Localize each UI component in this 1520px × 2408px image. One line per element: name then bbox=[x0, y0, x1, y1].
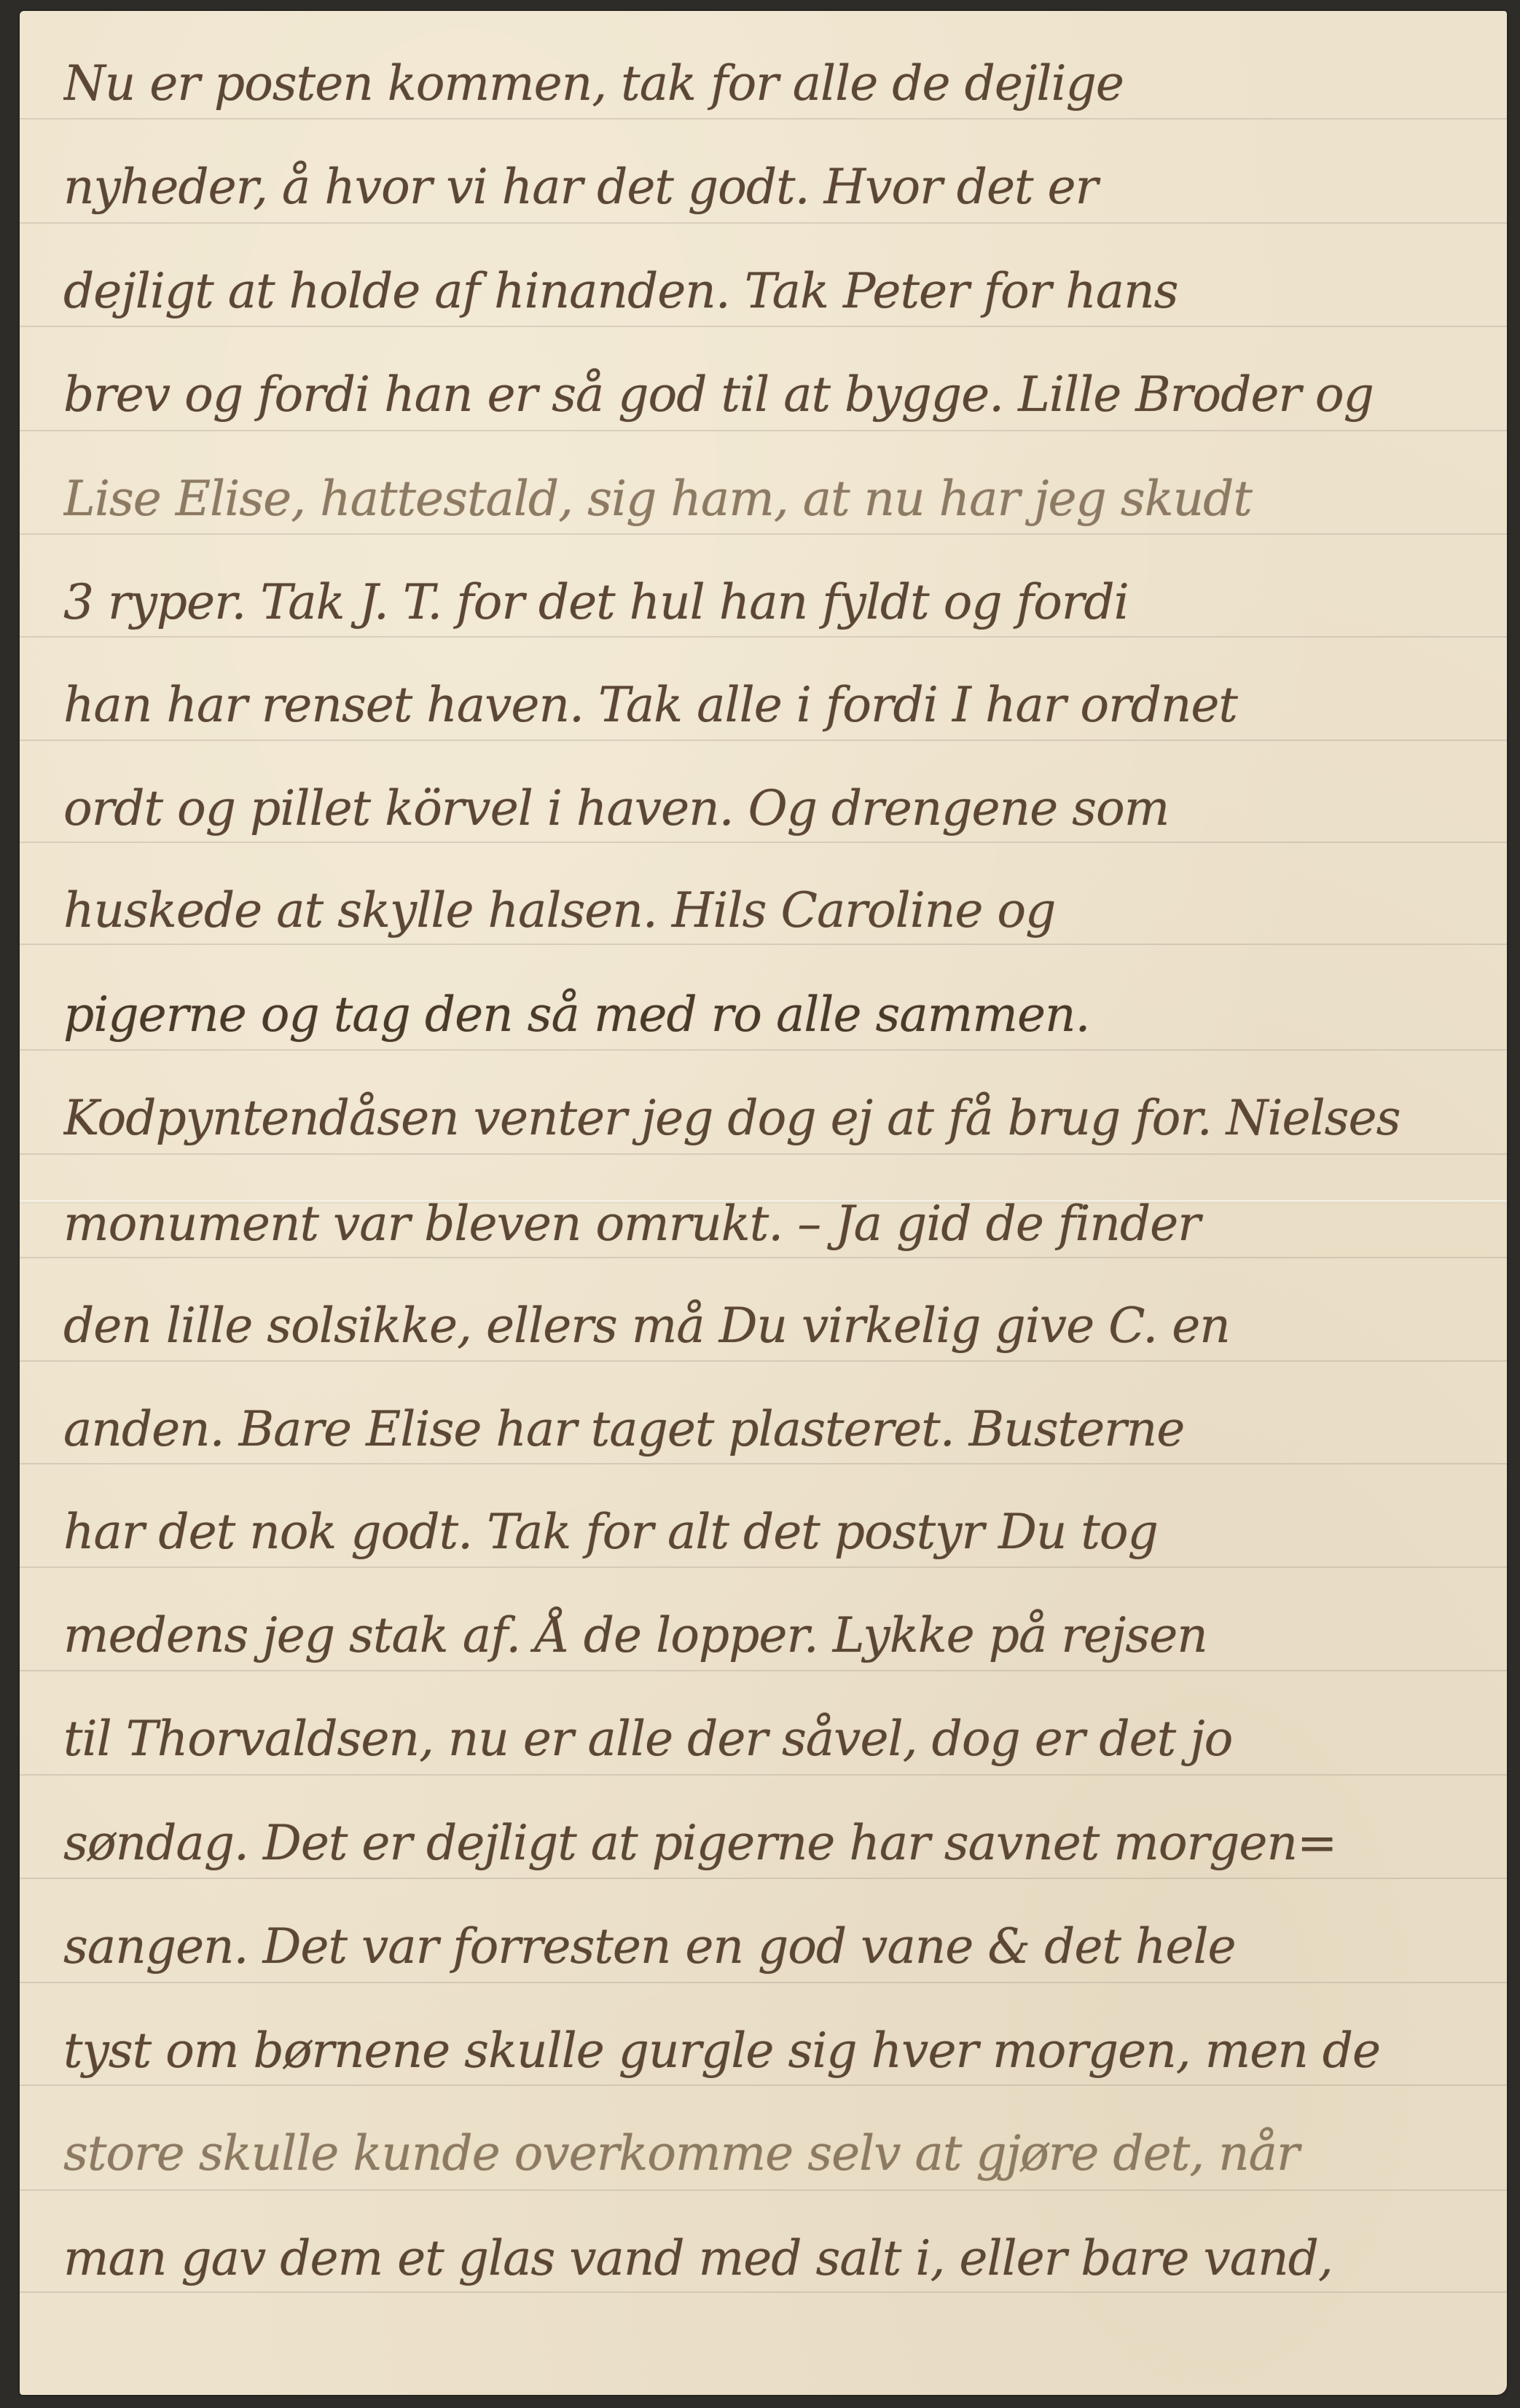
handwritten-line: monument var bleven omrukt. – Ja gid de … bbox=[63, 1173, 1478, 1275]
handwritten-line: ordt og pillet körvel i haven. Og drenge… bbox=[63, 758, 1478, 860]
handwritten-line: han har renset haven. Tak alle i fordi I… bbox=[63, 654, 1478, 756]
handwritten-line: Kodpyntendåsen venter jeg dog ej at få b… bbox=[63, 1067, 1478, 1169]
handwritten-line: Lise Elise, hattestald, sig ham, at nu h… bbox=[63, 448, 1478, 550]
handwritten-line: sangen. Det var forresten en god vane & … bbox=[63, 1896, 1478, 1998]
handwritten-line: dejligt at holde af hinanden. Tak Peter … bbox=[63, 240, 1478, 342]
handwritten-line: har det nok godt. Tak for alt det postyr… bbox=[63, 1481, 1478, 1583]
handwritten-line: medens jeg stak af. Å de lopper. Lykke p… bbox=[63, 1585, 1478, 1687]
handwritten-line: huskede at skylle halsen. Hils Caroline … bbox=[63, 860, 1478, 962]
handwritten-line: 3 ryper. Tak J. T. for det hul han fyldt… bbox=[63, 552, 1478, 654]
letter-page: Nu er posten kommen, tak for alle de dej… bbox=[20, 11, 1507, 2395]
handwritten-line: nyheder, å hvor vi har det godt. Hvor de… bbox=[63, 136, 1478, 238]
handwritten-line: Nu er posten kommen, tak for alle de dej… bbox=[63, 33, 1478, 135]
handwritten-line: store skulle kunde overkomme selv at gjø… bbox=[63, 2103, 1478, 2205]
handwritten-line: anden. Bare Elise har taget plasteret. B… bbox=[63, 1378, 1478, 1481]
handwritten-line: tyst om børnene skulle gurgle sig hver m… bbox=[63, 2000, 1478, 2102]
handwritten-line: man gav dem et glas vand med salt i, ell… bbox=[63, 2208, 1478, 2310]
handwritten-line: søndag. Det er dejligt at pigerne har sa… bbox=[63, 1792, 1478, 1894]
handwritten-line: brev og fordi han er så god til at bygge… bbox=[63, 344, 1478, 446]
handwritten-line: pigerne og tag den så med ro alle sammen… bbox=[63, 964, 1478, 1066]
handwritten-line: til Thorvaldsen, nu er alle der såvel, d… bbox=[63, 1688, 1478, 1790]
handwritten-line: den lille solsikke, ellers må Du virkeli… bbox=[63, 1275, 1478, 1377]
